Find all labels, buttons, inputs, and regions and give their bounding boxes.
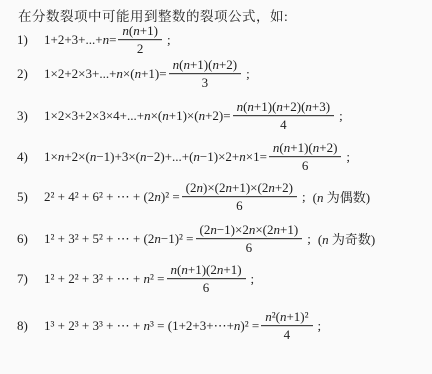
formula-lhs: 1×2+2×3+...+n×(n+1)=: [44, 66, 167, 82]
fraction-numerator: n(n+1)(n+2): [169, 57, 242, 74]
formula-number: 1): [17, 32, 44, 48]
semicolon: ;: [246, 66, 250, 82]
formula-number: 3): [17, 108, 44, 124]
fraction-denominator: 3: [202, 75, 209, 91]
formula-number: 7): [17, 271, 44, 287]
formula-lhs: 1² + 2² + 3² + ⋯ + n² =: [44, 271, 165, 287]
fraction-denominator: 6: [246, 240, 253, 256]
fraction-numerator: n(n+1)(n+2)(n+3): [233, 99, 335, 116]
formula-number: 6): [17, 231, 44, 247]
fraction-numerator: (2n)×(2n+1)×(2n+2): [182, 180, 297, 197]
formula-row: 5) 2² + 4² + 6² + ⋯ + (2n)² = (2n)×(2n+1…: [17, 180, 370, 214]
fraction-numerator: n²(n+1)²: [261, 309, 312, 326]
fraction: n(n+1)(n+2) 6: [269, 140, 342, 174]
formula-row: 8) 1³ + 2³ + 3³ + ⋯ + n³ = (1+2+3+⋯+n)² …: [17, 309, 328, 343]
formula-lhs: 1×2×3+2×3×4+...+n×(n+1)×(n+2)=: [44, 108, 231, 124]
semicolon: ;: [251, 271, 255, 287]
formula-number: 8): [17, 318, 44, 334]
fraction-numerator: n(n+1)(2n+1): [167, 262, 246, 279]
formula-row: 7) 1² + 2² + 3² + ⋯ + n² = n(n+1)(2n+1) …: [17, 262, 261, 296]
fraction: n(n+1)(n+2)(n+3) 4: [233, 99, 335, 133]
fraction-numerator: (2n−1)×2n×(2n+1): [196, 222, 303, 239]
fraction-denominator: 2: [137, 41, 144, 57]
fraction-denominator: 6: [236, 198, 243, 214]
formula-row: 3) 1×2×3+2×3×4+...+n×(n+1)×(n+2)= n(n+1)…: [17, 99, 350, 133]
semicolon: ;: [167, 32, 171, 48]
formula-number: 2): [17, 66, 44, 82]
fraction-denominator: 4: [280, 117, 287, 133]
semicolon: ;: [307, 231, 311, 247]
semicolon: ;: [339, 108, 343, 124]
fraction: n²(n+1)² 4: [261, 309, 312, 343]
formula-lhs: 1+2+3+...+n=: [44, 32, 116, 48]
semicolon: ;: [346, 149, 350, 165]
semicolon: ;: [318, 318, 322, 334]
formula-row: 6) 1² + 3² + 5² + ⋯ + (2n−1)² = (2n−1)×2…: [17, 222, 375, 256]
semicolon: ;: [302, 189, 306, 205]
fraction-numerator: n(n+1)(n+2): [269, 140, 342, 157]
formula-lhs: 1×n+2×(n−1)+3×(n−2)+...+(n−1)×2+n×1=: [44, 149, 267, 165]
formula-number: 4): [17, 149, 44, 165]
fraction-denominator: 4: [284, 327, 291, 343]
fraction-numerator: n(n+1): [118, 23, 162, 40]
formula-row: 4) 1×n+2×(n−1)+3×(n−2)+...+(n−1)×2+n×1= …: [17, 140, 357, 174]
formula-list: 1) 1+2+3+...+n= n(n+1) 2 ; 2) 1×2+2×3+..…: [0, 0, 432, 374]
fraction: n(n+1) 2: [118, 23, 162, 57]
formula-lhs: 2² + 4² + 6² + ⋯ + (2n)² =: [44, 189, 180, 205]
fraction: (2n)×(2n+1)×(2n+2) 6: [182, 180, 297, 214]
fraction-denominator: 6: [302, 158, 309, 174]
fraction: (2n−1)×2n×(2n+1) 6: [196, 222, 303, 256]
formula-number: 5): [17, 189, 44, 205]
formula-row: 1) 1+2+3+...+n= n(n+1) 2 ;: [17, 23, 178, 57]
fraction: n(n+1)(n+2) 3: [169, 57, 242, 91]
document-page: { "title": "在分数裂项中可能用到整数的裂项公式，如:", "colo…: [0, 0, 432, 374]
formula-lhs: 1³ + 2³ + 3³ + ⋯ + n³ = (1+2+3+⋯+n)² =: [44, 318, 259, 334]
formula-lhs: 1² + 3² + 5² + ⋯ + (2n−1)² =: [44, 231, 194, 247]
condition-note: (n 为偶数): [313, 188, 370, 207]
fraction-denominator: 6: [203, 280, 210, 296]
fraction: n(n+1)(2n+1) 6: [167, 262, 246, 296]
condition-note: (n 为奇数): [318, 230, 375, 249]
formula-row: 2) 1×2+2×3+...+n×(n+1)= n(n+1)(n+2) 3 ;: [17, 57, 257, 91]
